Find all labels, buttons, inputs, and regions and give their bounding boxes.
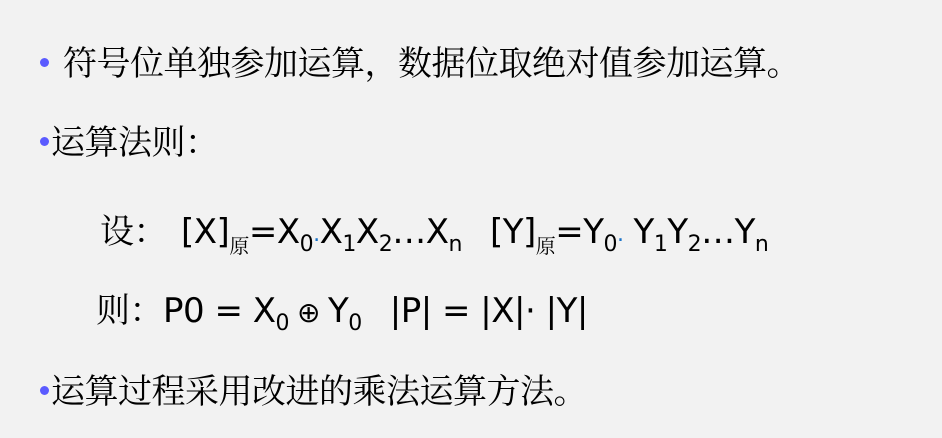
bullet-dot-icon: [40, 137, 49, 146]
x-lhs: [X]: [181, 212, 229, 252]
bullet-dot-icon: [40, 58, 49, 67]
x1-sub: 1: [342, 232, 356, 257]
bullet-dot-icon: [40, 386, 49, 395]
xn-sub: n: [449, 232, 462, 257]
formula-definition: 设：[X]原=X0.X1X2…Xn[Y]原=Y0.Y1Y2…Yn: [100, 212, 768, 255]
x2-sub: 2: [379, 232, 393, 257]
y-lhs-sub: 原: [536, 234, 556, 258]
abs-expression: |P| = |X|· |Y|: [390, 291, 588, 331]
y-symbol: Y: [328, 291, 348, 331]
y2: Y: [667, 212, 687, 252]
y2-sub: 2: [688, 232, 702, 257]
y-eq: =Y: [555, 212, 603, 252]
line-text: 运算过程采用改进的乘法运算方法。: [51, 372, 587, 412]
line-text: 符号位单独参加运算，数据位取绝对值参加运算。: [63, 44, 800, 84]
x0-sub: 0: [300, 232, 314, 257]
y0-sub: 0: [348, 311, 362, 336]
formula-result: 则：P0 = X0⊕Y0|P| = |X|· |Y|: [96, 291, 588, 333]
y-radix-dot: .: [617, 222, 624, 247]
x0-sub: 0: [276, 311, 290, 336]
x2: X: [356, 212, 379, 252]
y-lhs: [Y]: [490, 212, 536, 252]
x-lhs-sub: 原: [229, 234, 249, 258]
formula-prefix: 设：: [100, 212, 167, 252]
bullet-line-process: 运算过程采用改进的乘法运算方法。: [40, 372, 587, 412]
then-prefix: 则：P0 = X: [96, 291, 276, 331]
y0-sub: 0: [604, 232, 618, 257]
bullet-line-rules-heading: 运算法则：: [40, 123, 219, 163]
xor-icon: ⊕: [289, 296, 328, 329]
x1: X: [320, 212, 343, 252]
y1: Y: [634, 212, 654, 252]
x-eq: =X: [249, 212, 300, 252]
y-ellipsis: …Y: [701, 212, 755, 252]
y1-sub: 1: [654, 232, 668, 257]
yn-sub: n: [755, 232, 768, 257]
x-ellipsis: …X: [392, 212, 448, 252]
bullet-line-sign-bit: 符号位单独参加运算，数据位取绝对值参加运算。: [40, 44, 800, 84]
line-text: 运算法则：: [51, 123, 219, 163]
